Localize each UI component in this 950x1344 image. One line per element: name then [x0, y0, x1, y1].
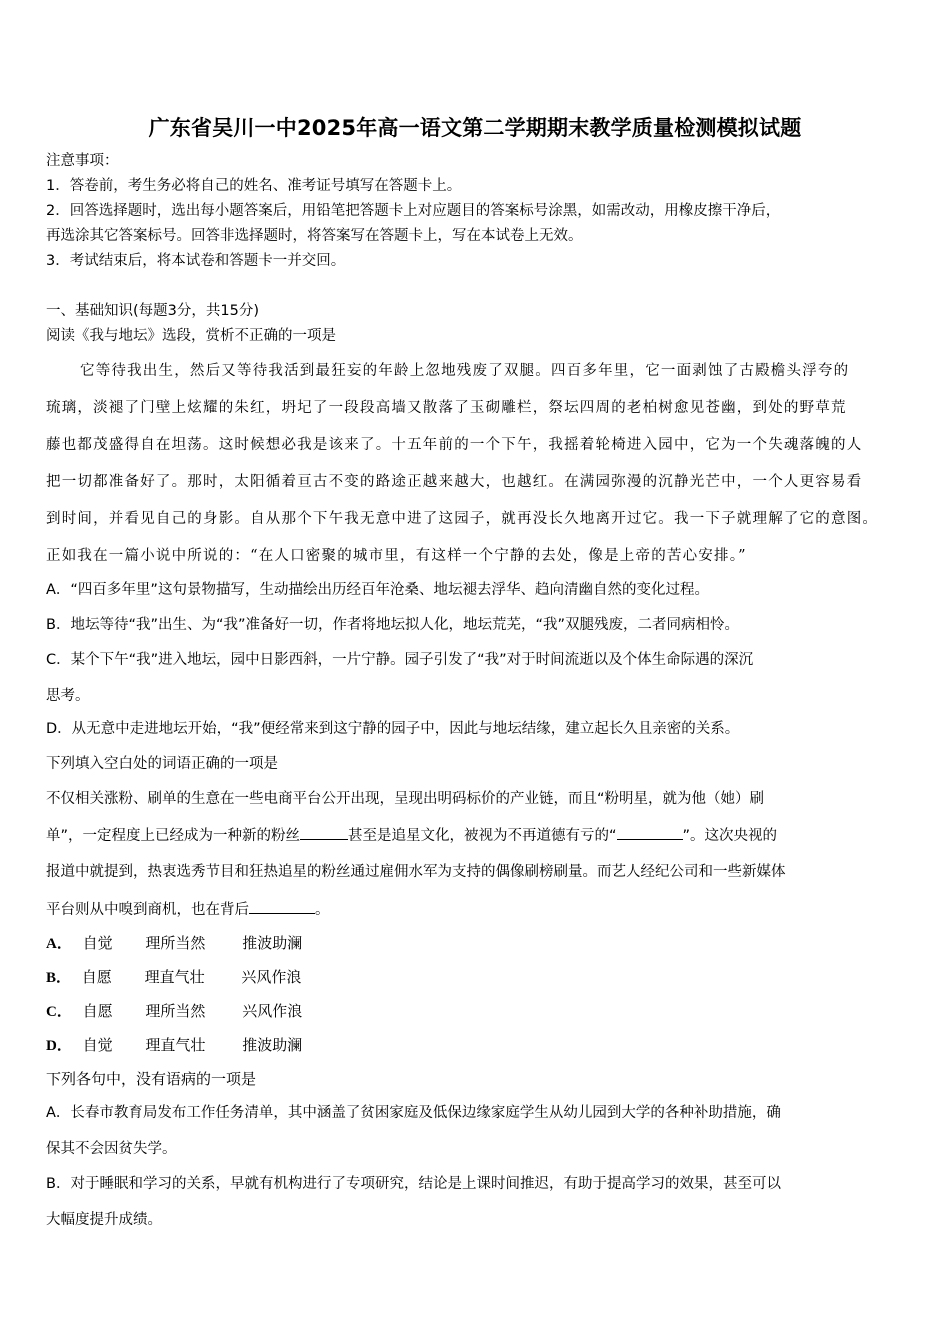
page-title: 广东省吴川一中2025年高一语文第二学期期末教学质量检测模拟试题 [0, 112, 950, 142]
q3-option-a-cont: 保其不会因贫失学。 [46, 1139, 177, 1159]
q1-option-c: C．某个下午“我”进入地坛，园中日影西斜，一片宁静。园子引发了“我”对于时间流逝… [46, 650, 753, 670]
q2-text-line: 不仅相关涨粉、刷单的生意在一些电商平台公开出现，呈现出明码标价的产业链，而且“粉… [46, 789, 764, 809]
option-word: 自觉 [83, 933, 141, 953]
option-letter: A． [46, 582, 70, 598]
option-text: “四百多年里”这句景物描写，生动描绘出历经百年沧桑、地坛褪去浮华、趋向清幽自然的… [70, 582, 709, 598]
option-letter: D． [46, 721, 72, 737]
q2-option-a: A． 自觉 理所当然 推波助澜 [46, 933, 302, 954]
q1-option-c-cont: 思考。 [46, 686, 90, 706]
text-segment: 平台则从中嗅到商机，也在背后 [46, 902, 249, 918]
option-word: 兴风作浪 [242, 1001, 302, 1021]
option-letter: C． [46, 1004, 72, 1020]
q1-option-b: B．地坛等待“我”出生、为“我”准备好一切，作者将地坛拟人化，地坛荒芜，“我”双… [46, 615, 739, 635]
q3-option-b-cont: 大幅度提升成绩。 [46, 1210, 162, 1230]
q1-option-a: A．“四百多年里”这句景物描写，生动描绘出历经百年沧桑、地坛褪去浮华、趋向清幽自… [46, 580, 709, 600]
option-word: 推波助澜 [242, 1035, 302, 1055]
passage-line: 到时间，并看见自己的身影。自从那个下午我无意中进了这园子，就再没长久地离开过它。… [46, 509, 878, 529]
option-word: 理所当然 [145, 933, 237, 953]
option-letter: A． [46, 1105, 70, 1121]
passage-line: 它等待我出生，然后又等待我活到最狂妄的年龄上忽地残废了双腿。四百多年里，它一面剥… [80, 361, 849, 381]
option-word: 推波助澜 [242, 933, 302, 953]
notice-item: 2．回答选择题时，选出每小题答案后，用铅笔把答题卡上对应题目的答案标号涂黑，如需… [46, 201, 780, 221]
q2-option-d: D． 自觉 理直气壮 推波助澜 [46, 1035, 302, 1056]
notice-item: 3．考试结束后，将本试卷和答题卡一并交回。 [46, 251, 345, 271]
q2-text-line: 单”，一定程度上已经成为一种新的粉丝甚至是追星文化，被视为不再道德有亏的“”。这… [46, 825, 777, 846]
q3-option-b: B．对于睡眠和学习的关系，早就有机构进行了专项研究，结论是上课时间推迟，有助于提… [46, 1174, 781, 1194]
passage-line: 藤也都茂盛得自在坦荡。这时候想必我是该来了。十五年前的一个下午，我摇着轮椅进入园… [46, 435, 862, 455]
text-segment: ”。这次央视的 [683, 828, 778, 844]
notice-heading: 注意事项： [46, 151, 119, 171]
passage-line: 正如我在一篇小说中所说的：“在人口密聚的城市里，有这样一个宁静的去处，像是上帝的… [46, 546, 747, 566]
q2-text-line: 平台则从中嗅到商机，也在背后。 [46, 899, 330, 920]
option-text: 长春市教育局发布工作任务清单，其中涵盖了贫困家庭及低保边缘家庭学生从幼儿园到大学… [70, 1105, 781, 1121]
question-2-prompt: 下列填入空白处的词语正确的一项是 [46, 754, 278, 774]
option-word: 理直气壮 [145, 1035, 237, 1055]
fill-blank-3 [249, 899, 315, 914]
option-word: 自愿 [83, 1001, 141, 1021]
question-1-prompt: 阅读《我与地坛》选段，赏析不正确的一项是 [46, 326, 336, 346]
q1-option-d: D．从无意中走进地坛开始，“我”便经常来到这宁静的园子中，因此与地坛结缘，建立起… [46, 719, 739, 739]
fill-blank-2 [617, 825, 683, 840]
option-word: 自愿 [82, 967, 140, 987]
option-letter: B． [46, 1176, 70, 1192]
option-letter: C． [46, 652, 71, 668]
exam-page: 广东省吴川一中2025年高一语文第二学期期末教学质量检测模拟试题 注意事项： 1… [0, 0, 950, 1344]
option-text: 地坛等待“我”出生、为“我”准备好一切，作者将地坛拟人化，地坛荒芜，“我”双腿残… [70, 617, 739, 633]
q2-text-line: 报道中就提到，热衷选秀节目和狂热追星的粉丝通过雇佣水军为支持的偶像刷榜刷量。而艺… [46, 862, 786, 882]
notice-item: 再选涂其它答案标号。回答非选择题时，将答案写在答题卡上，写在本试卷上无效。 [46, 226, 583, 246]
passage-line: 把一切都准备好了。那时，太阳循着亘古不变的路途正越来越大，也越红。在满园弥漫的沉… [46, 472, 862, 492]
option-word: 理所当然 [145, 1001, 237, 1021]
q2-option-c: C． 自愿 理所当然 兴风作浪 [46, 1001, 302, 1022]
fill-blank-1 [300, 825, 348, 840]
q3-option-a: A．长春市教育局发布工作任务清单，其中涵盖了贫困家庭及低保边缘家庭学生从幼儿园到… [46, 1103, 781, 1123]
notice-item: 1．答卷前，考生务必将自己的姓名、准考证号填写在答题卡上。 [46, 176, 461, 196]
text-segment: 。 [315, 902, 330, 918]
option-text: 某个下午“我”进入地坛，园中日影西斜，一片宁静。园子引发了“我”对于时间流逝以及… [71, 652, 754, 668]
section-heading: 一、基础知识(每题3分，共15分) [46, 301, 259, 321]
text-segment: 单”，一定程度上已经成为一种新的粉丝 [46, 828, 300, 844]
option-word: 自觉 [83, 1035, 141, 1055]
option-word: 理直气壮 [145, 967, 237, 987]
option-letter: D． [46, 1038, 72, 1054]
text-segment: 甚至是追星文化，被视为不再道德有亏的“ [348, 828, 617, 844]
passage-line: 琉璃，淡褪了门壁上炫耀的朱红，坍圮了一段段高墙又散落了玉砌雕栏，祭坛四周的老柏树… [46, 398, 847, 418]
question-3-prompt: 下列各句中，没有语病的一项是 [46, 1069, 256, 1089]
option-letter: B． [46, 617, 70, 633]
option-letter: B． [46, 970, 71, 986]
q2-option-b: B． 自愿 理直气壮 兴风作浪 [46, 967, 301, 988]
option-text: 从无意中走进地坛开始，“我”便经常来到这宁静的园子中，因此与地坛结缘，建立起长久… [72, 721, 740, 737]
option-text: 对于睡眠和学习的关系，早就有机构进行了专项研究，结论是上课时间推迟，有助于提高学… [70, 1176, 781, 1192]
option-letter: A． [46, 936, 72, 952]
option-word: 兴风作浪 [241, 967, 301, 987]
